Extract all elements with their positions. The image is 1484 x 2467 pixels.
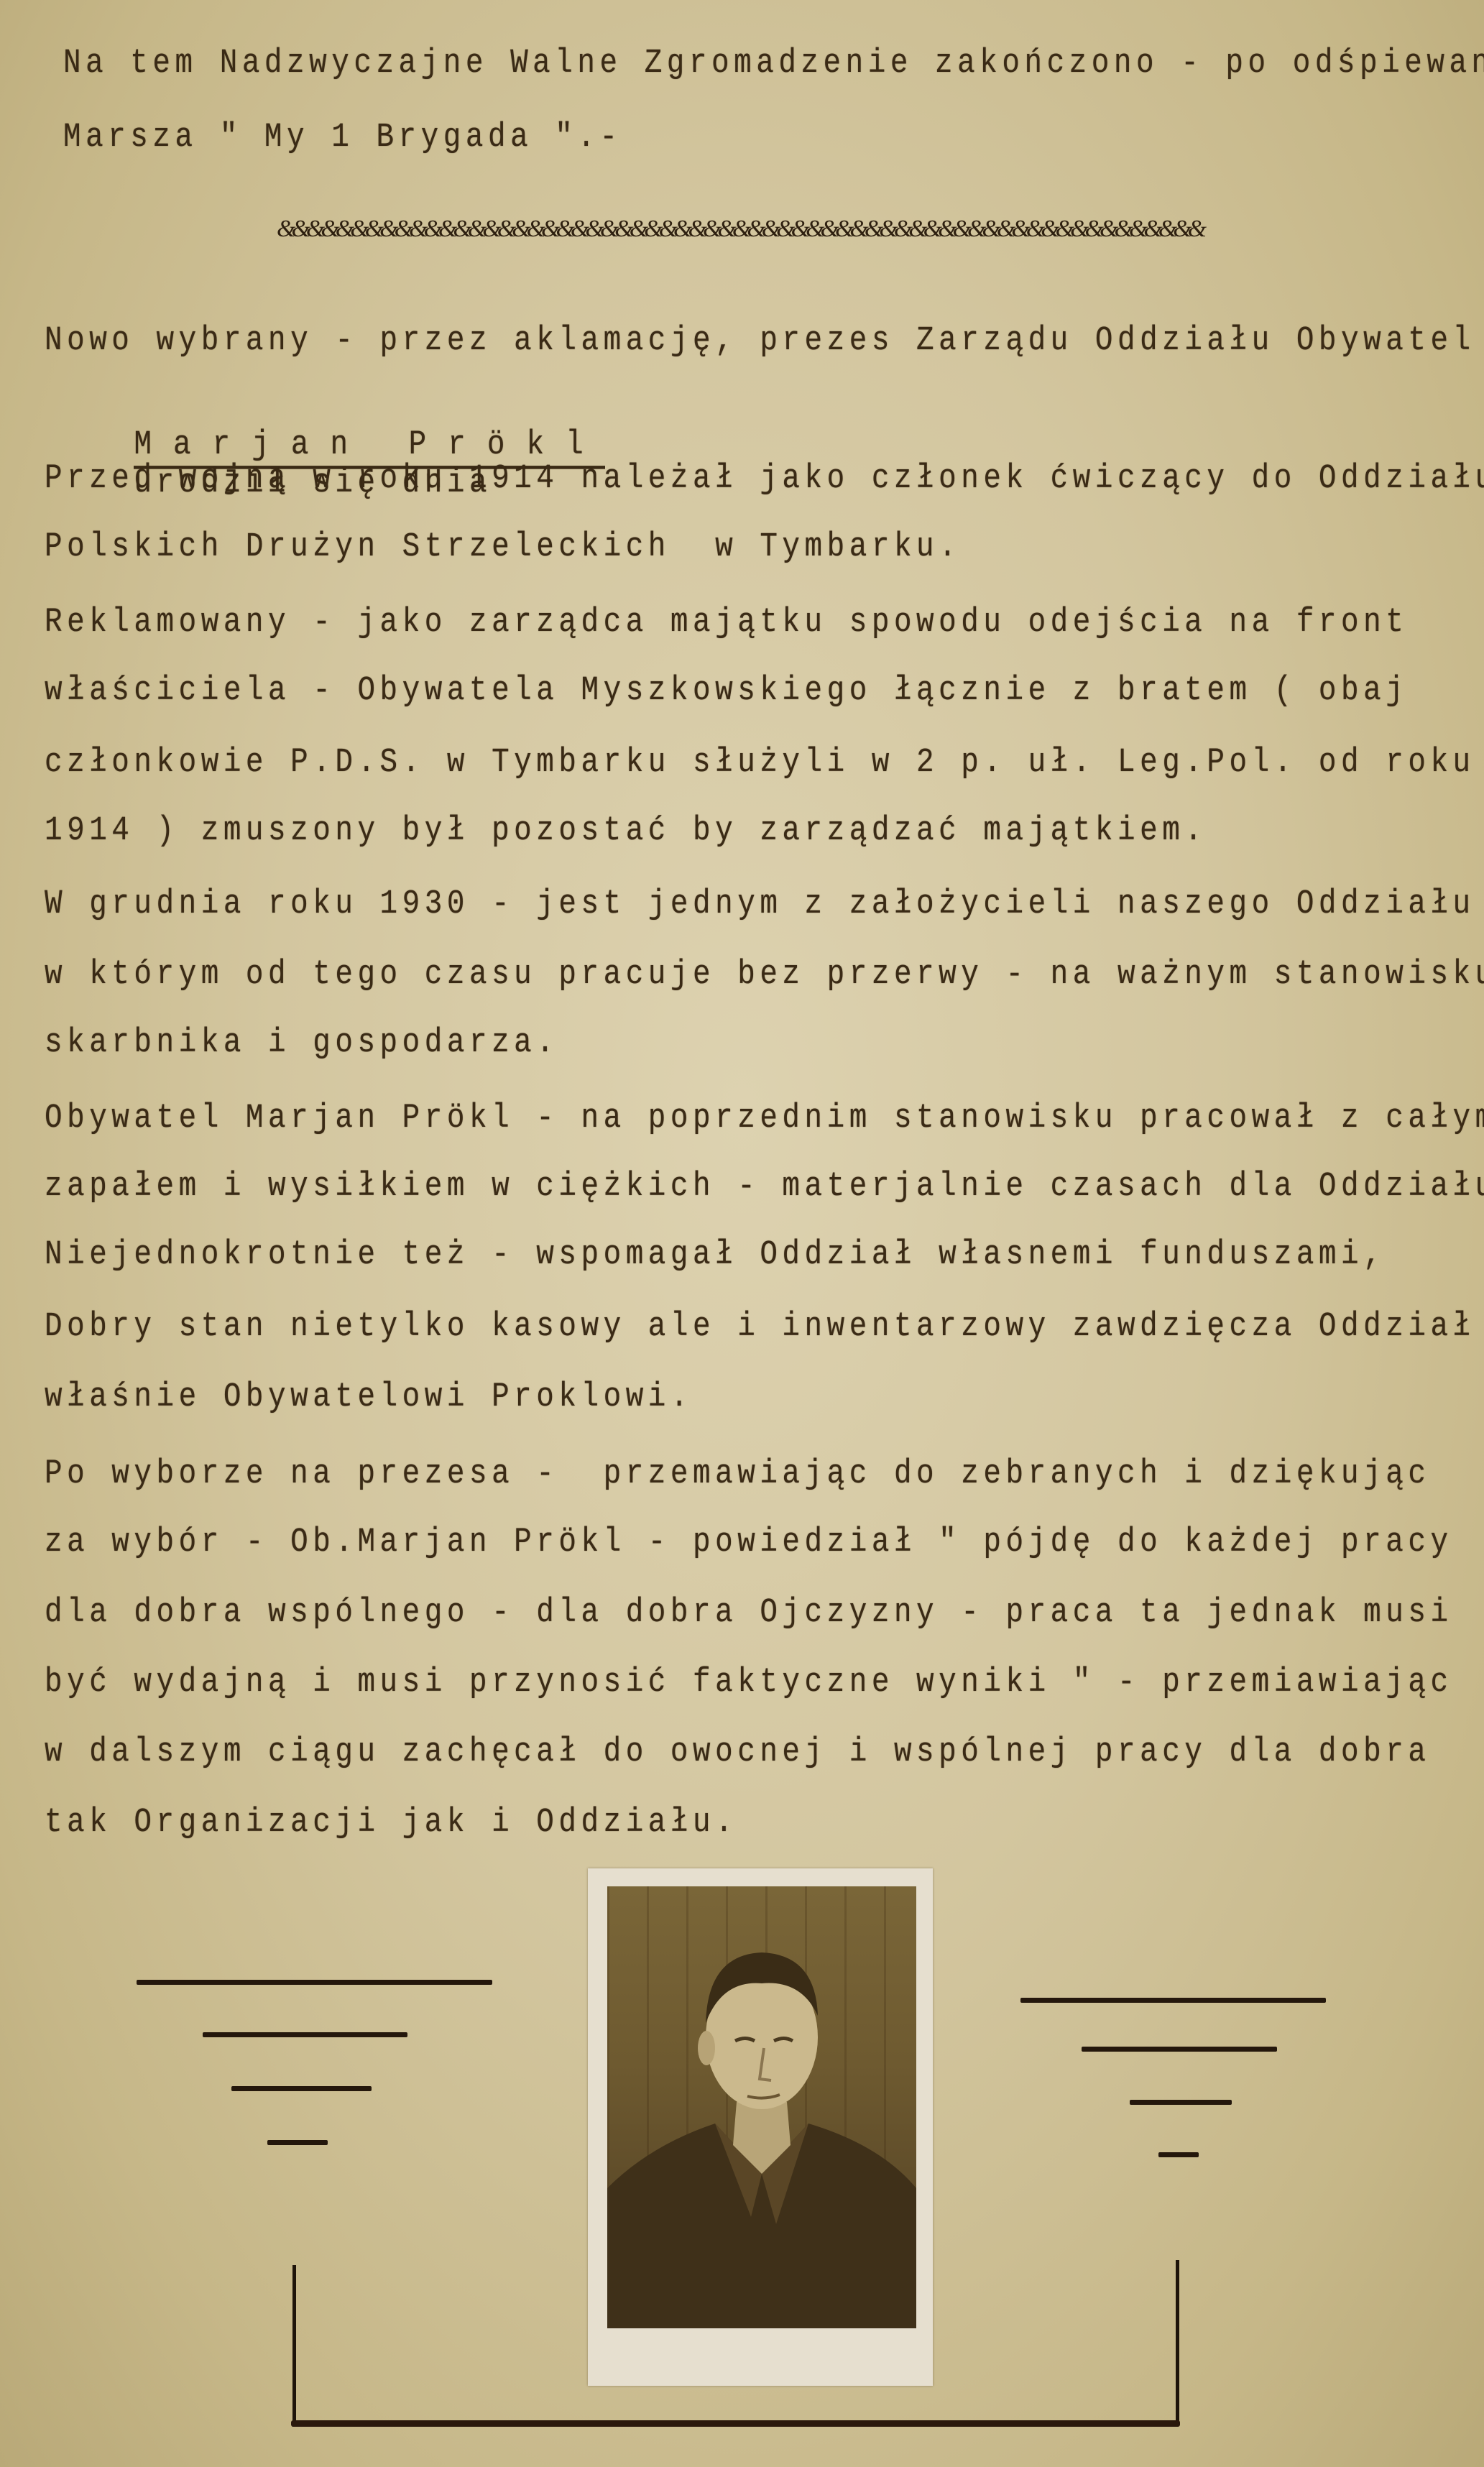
decorative-rule-left	[231, 2086, 372, 2091]
body-line: członkowie P.D.S. w Tymbarku służyli w 2…	[45, 744, 1475, 782]
closing-line-1: Na tem Nadzwyczajne Walne Zgromadzenie z…	[63, 45, 1484, 83]
body-line: Reklamowany - jako zarządca majątku spow…	[45, 604, 1408, 642]
body-line: Po wyborze na prezesa - przemawiając do …	[45, 1455, 1430, 1493]
portrait-figure-icon	[607, 1886, 916, 2328]
body-line: tak Organizacji jak i Oddziału.	[45, 1804, 737, 1842]
body-line: Przed wojną w roku 1914 należał jako czł…	[45, 460, 1484, 498]
body-line: za wybór - Ob.Marjan Prökl - powiedział …	[45, 1523, 1453, 1562]
decorative-rule-right	[1130, 2100, 1232, 2105]
portrait-photo	[607, 1886, 916, 2328]
document-page: Na tem Nadzwyczajne Walne Zgromadzenie z…	[0, 0, 1484, 2467]
decorative-rule-left	[203, 2032, 407, 2037]
body-line: w dalszym ciągu zachęcał do owocnej i ws…	[45, 1733, 1430, 1771]
decorative-rule-left	[137, 1980, 492, 1985]
body-line: Niejednokrotnie też - wspomagał Oddział …	[45, 1236, 1386, 1274]
frame-bracket-right	[1176, 2260, 1179, 2425]
frame-bracket-bottom	[291, 2420, 1180, 2427]
body-line: właśnie Obywatelowi Proklowi.	[45, 1378, 693, 1416]
body-line: zapałem i wysiłkiem w ciężkich - materja…	[45, 1168, 1484, 1206]
body-line: skarbnika i gospodarza.	[45, 1024, 558, 1062]
frame-bracket-left	[292, 2265, 296, 2427]
decorative-rule-left	[267, 2140, 328, 2145]
decorative-rule-right	[1020, 1998, 1326, 2003]
body-line: w którym od tego czasu pracuje bez przer…	[45, 956, 1484, 994]
decorative-rule-right	[1082, 2047, 1277, 2052]
decorative-rule-right	[1158, 2152, 1199, 2157]
body-line: Dobry stan nietylko kasowy ale i inwenta…	[45, 1308, 1475, 1346]
body-line: Obywatel Marjan Prökl - na poprzednim st…	[45, 1099, 1484, 1138]
closing-line-2: Marsza " My 1 Brygada ".-	[63, 119, 622, 157]
body-line: właściciela - Obywatela Myszkowskiego łą…	[45, 672, 1408, 710]
body-line: dla dobra wspólnego - dla dobra Ojczyzny…	[45, 1594, 1453, 1632]
ornament-divider: &&&&&&&&&&&&&&&&&&&&&&&&&&&&&&&&&&&&&&&&…	[277, 216, 1202, 243]
body-line: Nowo wybrany - przez aklamację, prezes Z…	[45, 322, 1475, 360]
body-line: być wydajną i musi przynosić faktyczne w…	[45, 1664, 1453, 1702]
body-line: W grudnia roku 1930 - jest jednym z zało…	[45, 885, 1475, 923]
body-line: 1914 ) zmuszony był pozostać by zarządza…	[45, 812, 1207, 850]
body-line: Polskich Drużyn Strzeleckich w Tymbarku.	[45, 528, 961, 566]
